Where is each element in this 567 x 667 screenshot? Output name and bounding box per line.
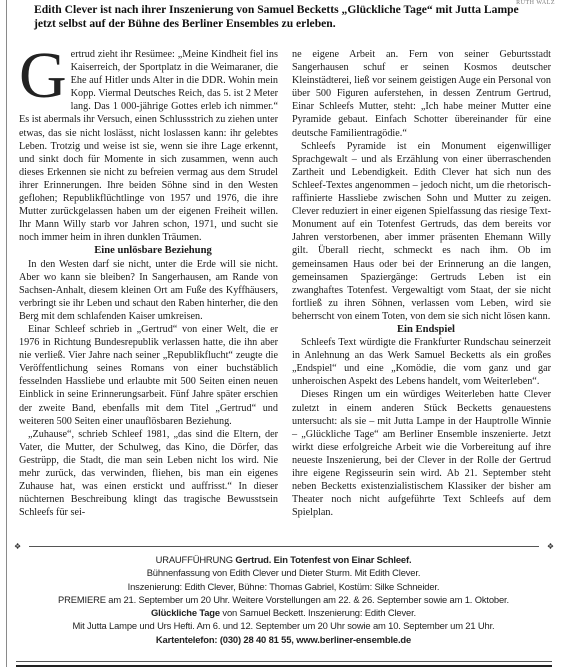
performance-info-box: URAUFFÜHRUNG Gertrud. Ein Totenfest von … [0, 553, 567, 646]
info-text: von Samuel Beckett. Inszenierung: Edith … [220, 607, 416, 618]
info-label: URAUFFÜHRUNG [156, 554, 233, 565]
photo-caption: Edith Clever ist nach ihrer Inszenierung… [34, 3, 534, 31]
subheading: Ein Endspiel [292, 323, 551, 336]
bottom-rule [16, 661, 552, 667]
dropcap: G [19, 50, 67, 102]
info-line: PREMIERE am 21. September um 20 Uhr. Wei… [0, 593, 567, 606]
paragraph: „Zuhause“, schrieb Schleef 1981, „das si… [19, 428, 278, 520]
production-title: Glückliche Tage [151, 607, 220, 618]
info-line: Inszenierung: Edith Clever, Bühne: Thoma… [0, 580, 567, 593]
info-line: Bühnenfassung von Edith Clever und Diete… [0, 566, 567, 579]
info-line: Glückliche Tage von Samuel Beckett. Insz… [0, 606, 567, 619]
divider-line [29, 546, 539, 547]
subheading: Eine unlösbare Beziehung [19, 244, 278, 257]
article-column-left: G ertrud zieht ihr Resümee: „Meine Kindh… [19, 48, 278, 528]
paragraph: Einar Schleef schrieb in „Gertrud“ von e… [19, 323, 278, 428]
ornament-icon: ❖ [547, 542, 554, 551]
paragraph: Schleefs Text würdigte die Frankfurter R… [292, 336, 551, 388]
paragraph: ne eigene Arbeit an. Fern von seiner Geb… [292, 48, 551, 140]
ticket-phone: Kartentelefon: (030) 28 40 81 55, [156, 634, 294, 645]
ornament-icon: ❖ [14, 542, 21, 551]
article-column-right: ne eigene Arbeit an. Fern von seiner Geb… [292, 48, 551, 528]
website-link[interactable]: www.berliner-ensemble.de [296, 634, 411, 645]
section-divider: ❖ ❖ [14, 541, 554, 551]
info-line: Kartentelefon: (030) 28 40 81 55, www.be… [0, 633, 567, 646]
paragraph: Schleefs Pyramide ist ein Monument eigen… [292, 140, 551, 323]
paragraph: In den Westen darf sie nicht, unter die … [19, 258, 278, 323]
paragraph: Dieses Ringen um ein würdiges Weiterlebe… [292, 388, 551, 519]
info-line: Mit Jutta Lampe und Urs Hefti. Am 6. und… [0, 619, 567, 632]
article-body: G ertrud zieht ihr Resümee: „Meine Kindh… [19, 48, 551, 528]
production-title: Gertrud. Ein Totenfest von Einar Schleef… [233, 554, 411, 565]
info-line: URAUFFÜHRUNG Gertrud. Ein Totenfest von … [0, 553, 567, 566]
